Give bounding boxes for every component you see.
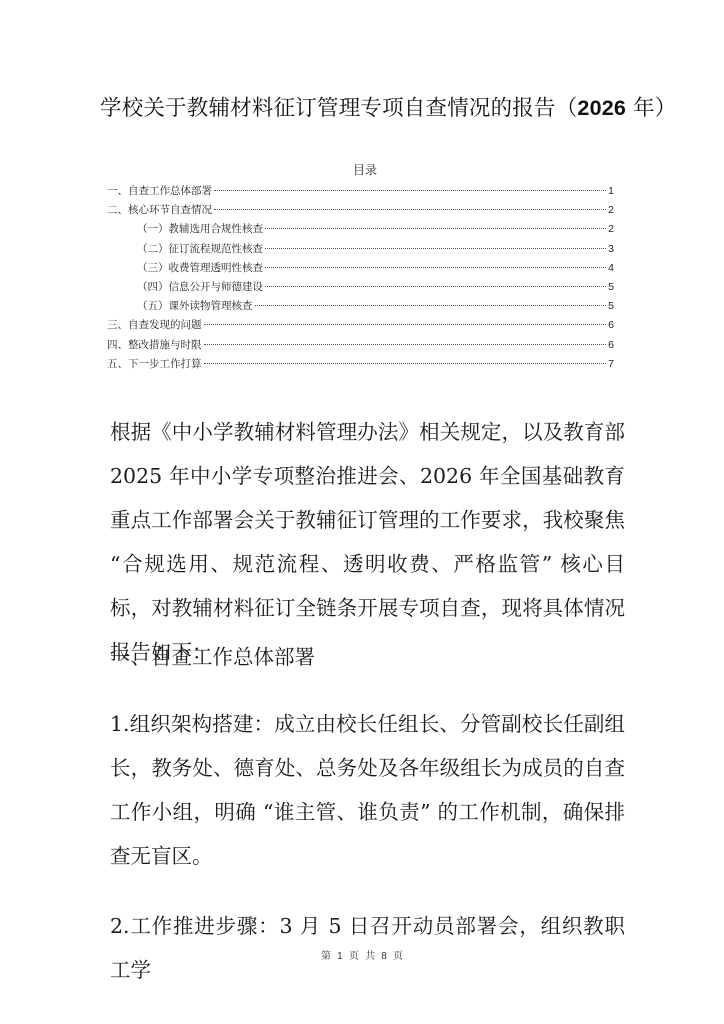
toc-leader-dots bbox=[214, 209, 606, 210]
toc-entry[interactable]: （四）信息公开与师德建设 5 bbox=[107, 278, 614, 297]
toc-leader-dots bbox=[204, 344, 607, 345]
toc-entry-label: 一、自查工作总体部署 bbox=[107, 182, 212, 201]
toc-leader-dots bbox=[265, 267, 606, 268]
toc-entry[interactable]: 五、下一步工作打算 7 bbox=[107, 355, 614, 374]
body-paragraph: 2.工作推进步骤：3 月 5 日召开动员部署会，组织教职工学 bbox=[110, 904, 625, 992]
toc-entry-page: 6 bbox=[608, 336, 614, 355]
toc-entry-label: （四）信息公开与师德建设 bbox=[137, 278, 263, 297]
toc-leader-dots bbox=[204, 324, 607, 325]
toc-heading: 目录 bbox=[100, 162, 630, 178]
footer-prefix: 第 bbox=[321, 951, 331, 962]
toc-entry-page: 6 bbox=[608, 316, 614, 335]
title-suffix: 年） bbox=[626, 96, 676, 121]
current-page-number: 1 bbox=[337, 951, 343, 962]
toc-leader-dots bbox=[265, 248, 606, 249]
toc-leader-dots bbox=[214, 190, 606, 191]
body-paragraph: 1.组织架构搭建：成立由校长任组长、分管副校长任副组长，教务处、德育处、总务处及… bbox=[110, 702, 625, 878]
toc-entry-label: （一）教辅选用合规性核查 bbox=[137, 220, 263, 239]
total-page-count: 8 bbox=[381, 951, 387, 962]
toc-entry[interactable]: 二、核心环节自查情况 2 bbox=[107, 201, 614, 220]
toc-entry-label: （三）收费管理透明性核查 bbox=[137, 259, 263, 278]
title-year: 2026 bbox=[577, 96, 626, 120]
toc-entry-label: 五、下一步工作打算 bbox=[107, 355, 202, 374]
toc-leader-dots bbox=[265, 286, 606, 287]
document-page: 学校关于教辅材料征订管理专项自查情况的报告（2026 年） 目录 一、自查工作总… bbox=[0, 0, 724, 1024]
toc-leader-dots bbox=[204, 363, 607, 364]
footer-suffix: 页 bbox=[393, 951, 403, 962]
toc-leader-dots bbox=[265, 228, 606, 229]
table-of-contents: 一、自查工作总体部署 1 二、核心环节自查情况 2 （一）教辅选用合规性核查 2… bbox=[107, 182, 614, 374]
toc-entry[interactable]: （五）课外读物管理核查 5 bbox=[107, 297, 614, 316]
toc-entry-label: 二、核心环节自查情况 bbox=[107, 201, 212, 220]
toc-entry-label: 三、自查发现的问题 bbox=[107, 316, 202, 335]
toc-entry[interactable]: 四、整改措施与时限 6 bbox=[107, 336, 614, 355]
toc-entry-page: 2 bbox=[608, 201, 614, 220]
toc-entry[interactable]: （三）收费管理透明性核查 4 bbox=[107, 259, 614, 278]
toc-entry-label: （五）课外读物管理核查 bbox=[137, 297, 253, 316]
toc-leader-dots bbox=[255, 305, 607, 306]
document-title: 学校关于教辅材料征订管理专项自查情况的报告（2026 年） bbox=[100, 93, 630, 124]
toc-entry[interactable]: 一、自查工作总体部署 1 bbox=[107, 182, 614, 201]
toc-entry-page: 7 bbox=[608, 355, 614, 374]
toc-entry-page: 5 bbox=[608, 297, 614, 316]
title-prefix: 学校关于教辅材料征订管理专项自查情况的报告（ bbox=[100, 96, 577, 121]
toc-entry-label: （二）征订流程规范性核查 bbox=[137, 240, 263, 259]
toc-entry-label: 四、整改措施与时限 bbox=[107, 336, 202, 355]
page-footer: 第 1 页 共 8 页 bbox=[0, 950, 724, 964]
toc-entry[interactable]: （一）教辅选用合规性核查 2 bbox=[107, 220, 614, 239]
toc-entry-page: 4 bbox=[608, 259, 614, 278]
section-heading: 一、自查工作总体部署 bbox=[110, 642, 315, 672]
footer-mid: 页 共 bbox=[349, 951, 375, 962]
toc-entry-page: 3 bbox=[608, 240, 614, 259]
toc-entry[interactable]: 三、自查发现的问题 6 bbox=[107, 316, 614, 335]
toc-entry[interactable]: （二）征订流程规范性核查 3 bbox=[107, 240, 614, 259]
toc-entry-page: 5 bbox=[608, 278, 614, 297]
toc-entry-page: 1 bbox=[608, 182, 614, 201]
toc-entry-page: 2 bbox=[608, 220, 614, 239]
intro-paragraph: 根据《中小学教辅材料管理办法》相关规定，以及教育部 2025 年中小学专项整治推… bbox=[110, 410, 625, 674]
